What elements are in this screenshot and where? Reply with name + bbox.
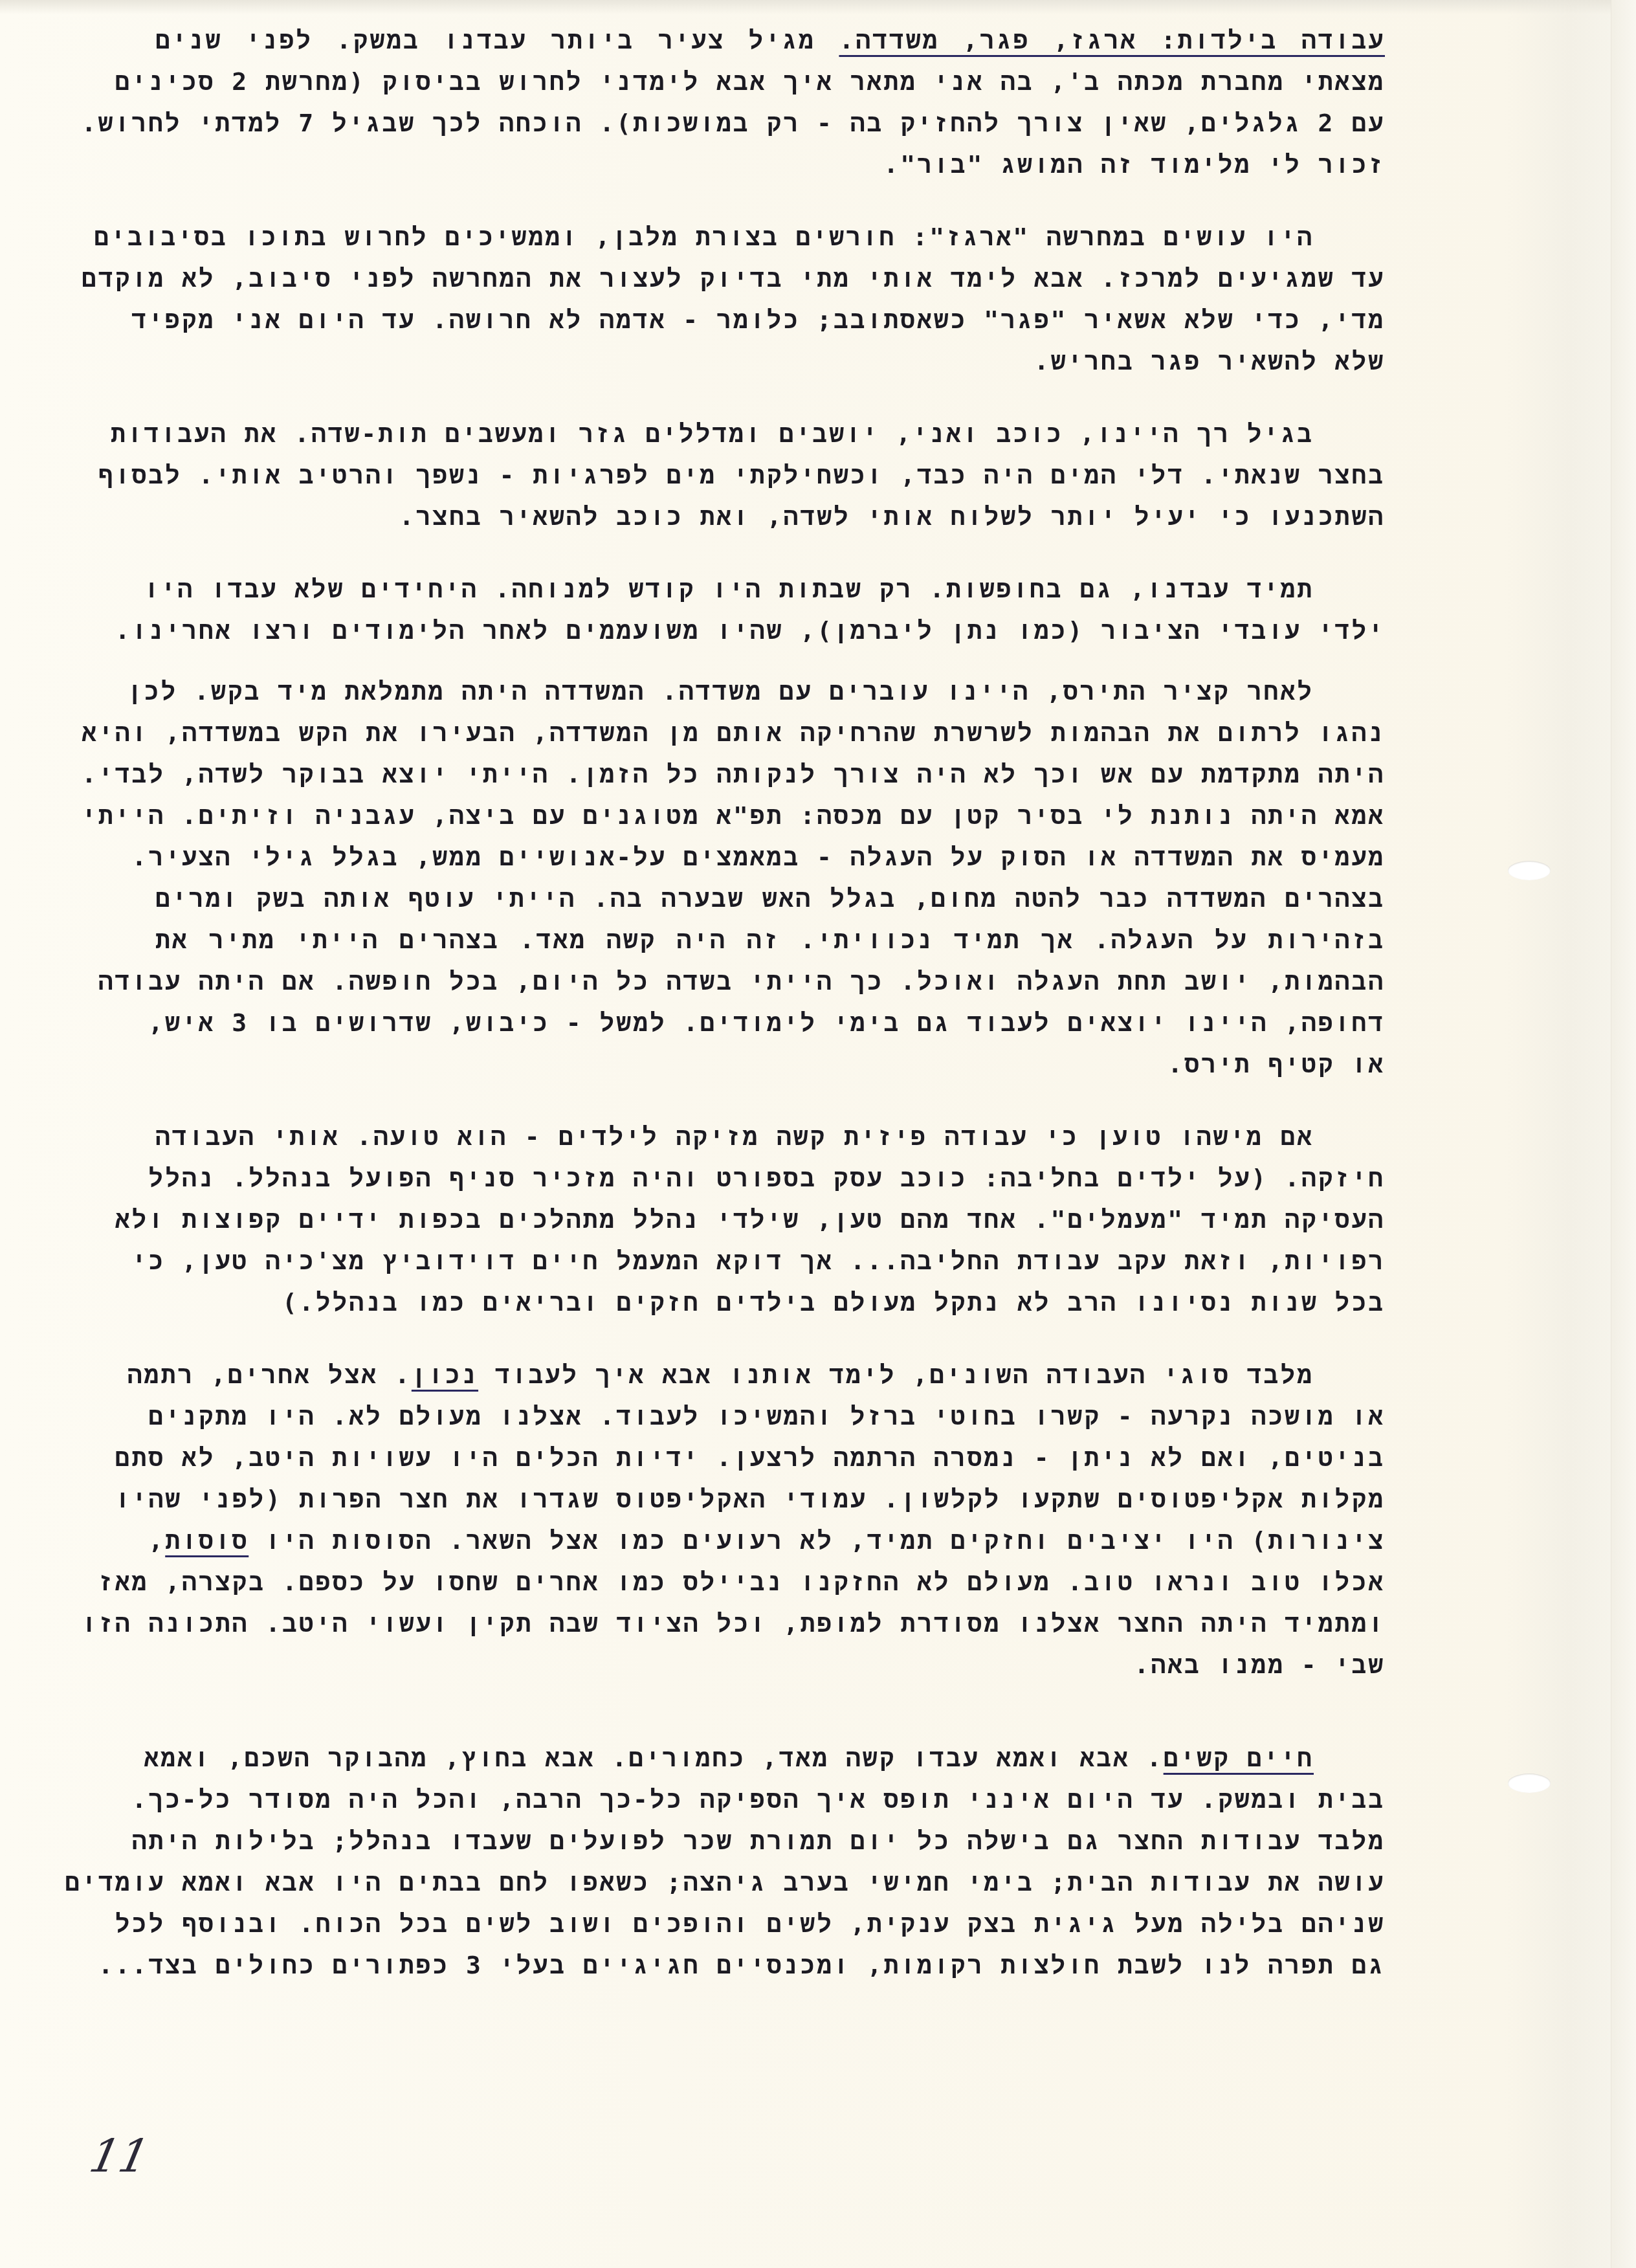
text-line: אמא היתה נותנת לי בסיר קטן עם מכסה: תפ"א… (155, 795, 1385, 836)
text-line: נהגו לרתום את הבהמות לשרשרת שהרחיקה אותם… (155, 712, 1385, 753)
paragraph-gap (155, 651, 1385, 671)
text-line: עד שמגיעים למרכז. אבא לימד אותי מתי בדיו… (155, 258, 1385, 299)
text-line: בכל שנות נסיונו הרב לא נתקל מעולם בילדים… (155, 1282, 1385, 1323)
text-line: גם תפרה לנו לשבת חולצות רקומות, ומכנסיים… (155, 1944, 1385, 1986)
punch-hole (1508, 861, 1551, 880)
text-line: מקלות אקליפטוסים שתקעו לקלשון. עמודי האק… (155, 1478, 1385, 1520)
text-line: צינורות) היו יציבים וחזקים תמיד, לא רעוע… (155, 1520, 1385, 1561)
text-line: שניהם בלילה מעל גיגית בצק ענקית, לשים וה… (155, 1903, 1385, 1944)
top-shadow (0, 0, 1636, 14)
text-line: מצאתי מחברת מכתה ב', בה אני מתאר איך אבא… (155, 61, 1385, 102)
text-line: בגיל רך היינו, כוכב ואני, יושבים ומדללים… (155, 413, 1385, 454)
text-line: אם מישהו טוען כי עבודה פיזית קשה מזיקה ל… (155, 1116, 1385, 1157)
paragraph-p3: בגיל רך היינו, כוכב ואני, יושבים ומדללים… (155, 413, 1385, 537)
text-line: בניטים, ואם לא ניתן - נמסרה הרתמה לרצען.… (155, 1437, 1385, 1478)
paragraph-p4: תמיד עבדנו, גם בחופשות. רק שבתות היו קוד… (155, 568, 1385, 651)
underlined-phrase: סוסות (165, 1526, 249, 1555)
paragraph-gap (155, 1085, 1385, 1116)
paragraph-p1: עבודה בילדות: ארגז, פגר, משדדה. מגיל צעי… (155, 19, 1385, 185)
paragraph-p2: היו עושים במחרשה "ארגז": חורשים בצורת מל… (155, 216, 1385, 382)
text-line: שלא להשאיר פגר בחריש. (155, 340, 1385, 382)
punch-hole (1508, 1773, 1551, 1793)
underlined-phrase: נכון (412, 1361, 478, 1389)
text-line: בצהרים המשדדה כבר להטה מחום, בגלל האש שב… (155, 878, 1385, 919)
text-line: בחצר שנאתי. דלי המים היה כבד, וכשחילקתי … (155, 454, 1385, 496)
text-line: אכלו טוב ונראו טוב. מעולם לא החזקנו נביי… (155, 1561, 1385, 1603)
text-line: חיים קשים. אבא ואמא עבדו קשה מאד, כחמורי… (155, 1737, 1385, 1779)
text-line: מלבד עבודות החצר גם בישלה כל יום תמורת ש… (155, 1820, 1385, 1862)
paragraph-gap (155, 1685, 1385, 1737)
paragraph-p6: אם מישהו טוען כי עבודה פיזית קשה מזיקה ל… (155, 1116, 1385, 1323)
text-line: מלבד סוגי העבודה השונים, לימד אותנו אבא … (155, 1354, 1385, 1395)
text-line: עבודה בילדות: ארגז, פגר, משדדה. מגיל צעי… (155, 19, 1385, 61)
text-line: מעמיס את המשדדה או הסוק על העגלה - במאמצ… (155, 836, 1385, 878)
text-line: דחופה, היינו יוצאים לעבוד גם בימי לימודי… (155, 1002, 1385, 1043)
paragraph-p7: מלבד סוגי העבודה השונים, לימד אותנו אבא … (155, 1354, 1385, 1685)
paragraph-gap (155, 382, 1385, 413)
text-line: הבהמות, יושב תחת העגלה ואוכל. כך הייתי ב… (155, 961, 1385, 1002)
text-line: העסיקה תמיד "מעמלים". אחד מהם טען, שילדי… (155, 1199, 1385, 1240)
text-line: או מושכה נקרעה - קשרו בחוטי ברזל והמשיכו… (155, 1395, 1385, 1437)
underlined-phrase: חיים קשים (1164, 1744, 1314, 1772)
text-line: תמיד עבדנו, גם בחופשות. רק שבתות היו קוד… (155, 568, 1385, 610)
text-line: זכור לי מלימוד זה המושג "בור". (155, 144, 1385, 185)
paragraph-p5: לאחר קציר התירס, היינו עוברים עם משדדה. … (155, 671, 1385, 1085)
text-line: לאחר קציר התירס, היינו עוברים עם משדדה. … (155, 671, 1385, 712)
paragraph-gap (155, 537, 1385, 568)
text-line: בבית ובמשק. עד היום אינני תופס איך הספיק… (155, 1779, 1385, 1820)
underlined-phrase: עבודה בילדות: ארגז, פגר, משדדה. (839, 26, 1385, 54)
text-line: מדי, כדי שלא אשאיר "פגר" כשאסתובב; כלומר… (155, 299, 1385, 340)
scanned-page: עבודה בילדות: ארגז, פגר, משדדה. מגיל צעי… (0, 0, 1636, 2268)
text-line: ילדי עובדי הציבור (כמו נתן ליברמן), שהיו… (155, 610, 1385, 651)
typewritten-text: עבודה בילדות: ארגז, פגר, משדדה. מגיל צעי… (155, 19, 1385, 1986)
paragraph-gap (155, 1323, 1385, 1354)
page-right-edge (1611, 0, 1636, 2268)
text-line: השתכנעו כי יעיל יותר לשלוח אותי לשדה, וא… (155, 496, 1385, 537)
handwritten-page-number: 11 (85, 2129, 154, 2183)
text-line: עושה את עבודות הבית; בימי חמישי בערב גיה… (155, 1862, 1385, 1903)
text-line: עם 2 גלגלים, שאין צורך להחזיק בה - רק במ… (155, 102, 1385, 144)
text-line: רפויות, וזאת עקב עבודת החליבה... אך דוקא… (155, 1240, 1385, 1282)
text-line: היתה מתקדמת עם אש וכך לא היה צורך לנקותה… (155, 753, 1385, 795)
text-line: ומתמיד היתה החצר אצלנו מסודרת למופת, וכל… (155, 1603, 1385, 1644)
text-line: בזהירות על העגלה. אך תמיד נכוויתי. זה הי… (155, 919, 1385, 961)
paragraph-p8: חיים קשים. אבא ואמא עבדו קשה מאד, כחמורי… (155, 1737, 1385, 1986)
text-line: חיזקה. (על ילדים בחליבה: כוכב עסק בספורט… (155, 1157, 1385, 1199)
text-line: שבי - ממנו באה. (155, 1644, 1385, 1685)
text-line: היו עושים במחרשה "ארגז": חורשים בצורת מל… (155, 216, 1385, 258)
text-line: או קטיף תירס. (155, 1043, 1385, 1085)
paragraph-gap (155, 185, 1385, 216)
